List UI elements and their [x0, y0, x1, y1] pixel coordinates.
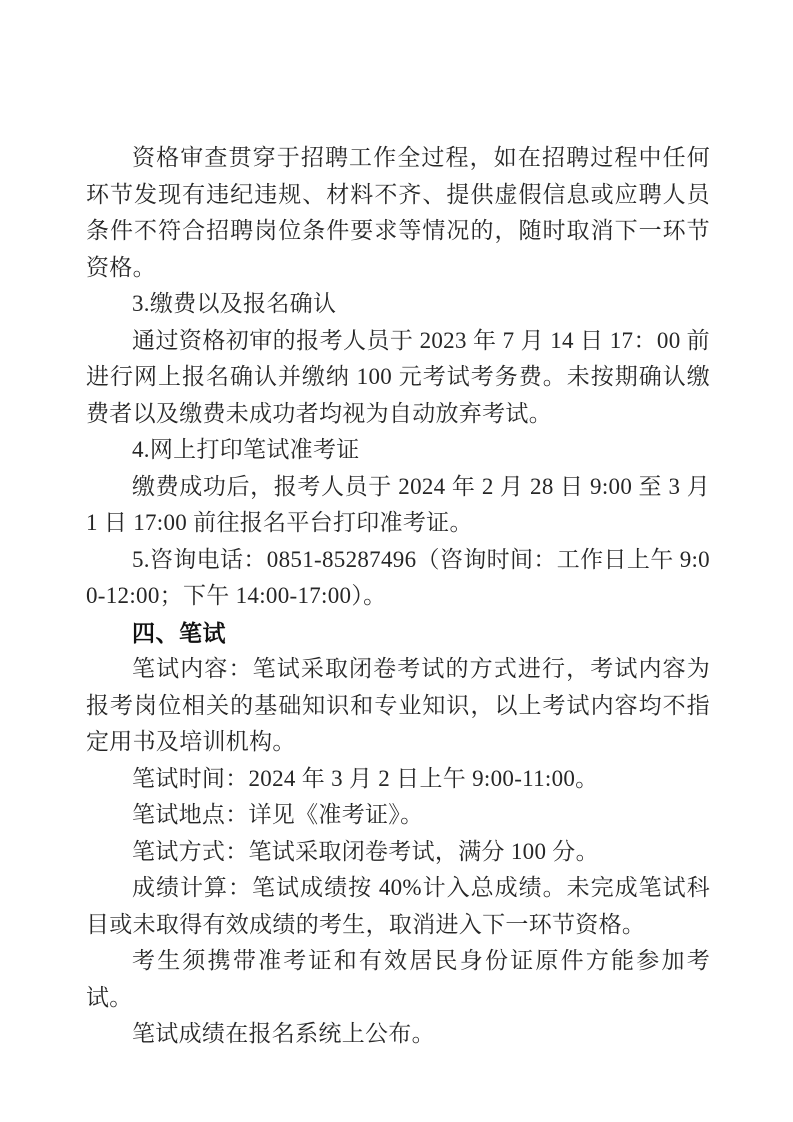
paragraph-required-documents: 考生须携带准考证和有效居民身份证原件方能参加考试。 — [86, 943, 710, 1016]
paragraph-written-test-time: 笔试时间：2024 年 3 月 2 日上午 9:00-11:00。 — [86, 761, 710, 798]
paragraph-qualification-review: 资格审查贯穿于招聘工作全过程，如在招聘过程中任何环节发现有违纪违规、材料不齐、提… — [86, 140, 710, 286]
paragraph-score-calculation: 成绩计算：笔试成绩按 40%计入总成绩。未完成笔试科目或未取得有效成绩的考生，取… — [86, 870, 710, 943]
paragraph-admission-ticket-details: 缴费成功后，报考人员于 2024 年 2 月 28 日 9:00 至 3 月 1… — [86, 469, 710, 542]
list-item-4-print-admission-ticket: 4.网上打印笔试准考证 — [86, 432, 710, 469]
list-item-3-payment-confirmation: 3.缴费以及报名确认 — [86, 286, 710, 323]
paragraph-payment-details: 通过资格初审的报考人员于 2023 年 7 月 14 日 17：00 前进行网上… — [86, 323, 710, 433]
document-page: 资格审查贯穿于招聘工作全过程，如在招聘过程中任何环节发现有违纪违规、材料不齐、提… — [0, 0, 793, 1122]
list-item-5-consultation-phone: 5.咨询电话：0851-85287496（咨询时间：工作日上午 9:00-12:… — [86, 542, 710, 615]
paragraph-written-test-method: 笔试方式：笔试采取闭卷考试，满分 100 分。 — [86, 834, 710, 871]
document-body: 资格审查贯穿于招聘工作全过程，如在招聘过程中任何环节发现有违纪违规、材料不齐、提… — [86, 140, 710, 1053]
section-heading-written-test: 四、笔试 — [86, 615, 710, 652]
paragraph-written-test-content: 笔试内容：笔试采取闭卷考试的方式进行，考试内容为报考岗位相关的基础知识和专业知识… — [86, 651, 710, 761]
paragraph-score-announcement: 笔试成绩在报名系统上公布。 — [86, 1016, 710, 1053]
paragraph-written-test-location: 笔试地点：详见《准考证》。 — [86, 797, 710, 834]
